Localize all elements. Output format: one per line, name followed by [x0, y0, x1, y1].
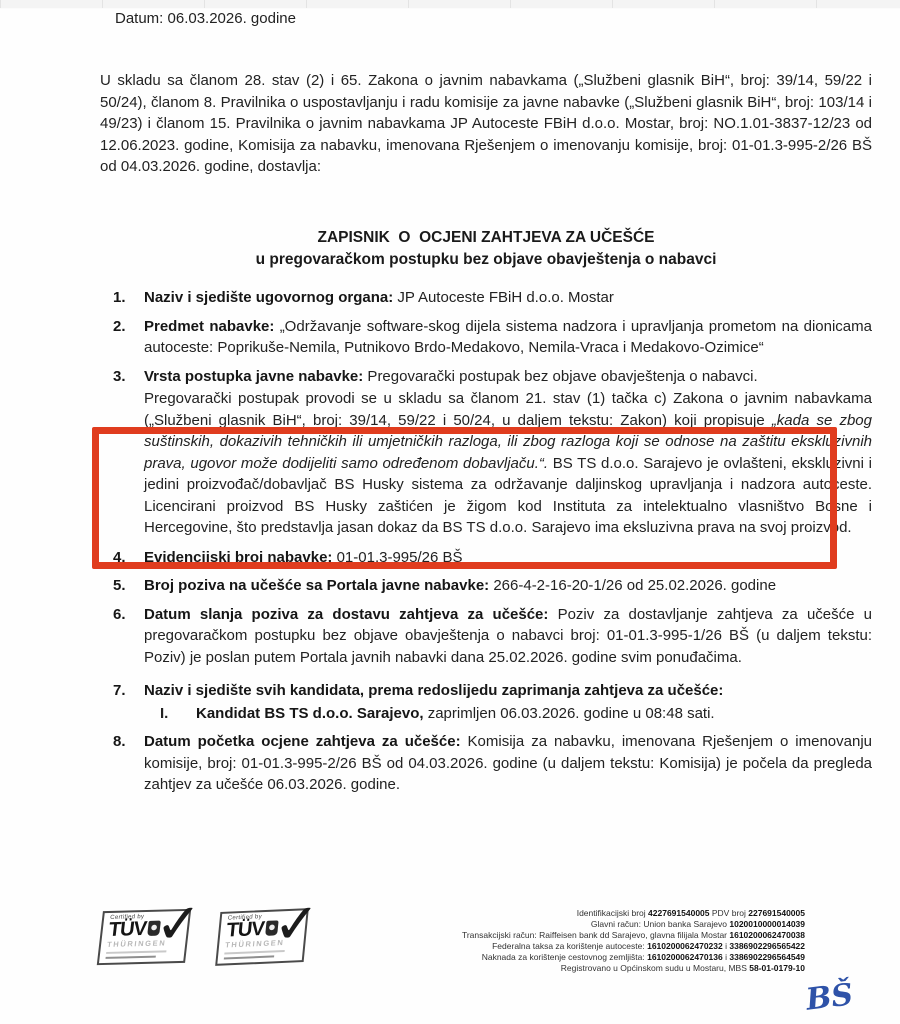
footer-line: Naknada za korištenje cestovnog zemljišt…: [335, 952, 805, 963]
document-title: ZAPISNIK O OCJENI ZAHTJEVA ZA UČEŠĆE u p…: [100, 227, 872, 271]
footer-line: Glavni račun: Union banka Sarajevo 10200…: [335, 919, 805, 930]
tuv-thueringen-badge: Certified by TÜV THÜRINGEN ✓: [216, 906, 318, 972]
list-item-5: 5. Broj poziva na učešće sa Portala javn…: [100, 575, 872, 597]
item-number: 5.: [100, 575, 144, 597]
item-text: 266-4-2-16-20-1/26 od 25.02.2026. godine: [489, 577, 776, 594]
item-text: Pregovarački postupak bez objave obavješ…: [363, 368, 757, 385]
checkmark-icon: ✓: [273, 897, 320, 953]
certification-logos: Certified by TÜV THÜRINGEN ✓ Certified b…: [98, 906, 318, 972]
candidate-subitem: I. Kandidat BS TS d.o.o. Sarajevo, zapri…: [144, 703, 872, 725]
item-number: 8.: [100, 731, 144, 796]
checkmark-icon: ✓: [155, 897, 202, 953]
intro-paragraph: U skladu sa članom 28. stav (2) i 65. Za…: [100, 70, 872, 178]
item-number: 1.: [100, 287, 144, 309]
illegible-url-line: [224, 955, 275, 960]
handwritten-initials-signature: BŠ: [804, 977, 855, 1017]
item-label: Broj poziva na učešće sa Portala javne n…: [144, 577, 489, 594]
tuv-thueringen-badge: Certified by TÜV THÜRINGEN ✓: [98, 906, 200, 972]
list-item-8: 8. Datum početka ocjene zahtjeva za učeš…: [100, 731, 872, 796]
tuv-logo-text: TÜV: [226, 920, 265, 940]
footer-line: Identifikacijski broj 4227691540005 PDV …: [335, 908, 805, 919]
list-item-7: 7. Naziv i sjedište svih kandidata, prem…: [100, 680, 872, 724]
item-number: 7.: [100, 680, 144, 724]
footer-line: Federalna taksa za korištenje autoceste:…: [335, 941, 805, 952]
item-label: Naziv i sjedište ugovornog organa:: [144, 289, 393, 306]
item-3-paragraph: Pregovarački postupak provodi se u sklad…: [144, 388, 872, 539]
list-item-4: 4. Evidencijski broj nabavke: 01-01.3-99…: [100, 547, 872, 569]
item-number: 4.: [100, 547, 144, 569]
item-label: Datum slanja poziva za dostavu zahtjeva …: [144, 606, 548, 623]
list-item-3: 3. Vrsta postupka javne nabavke: Pregova…: [100, 366, 872, 539]
title-line-2: u pregovaračkom postupku bez objave obav…: [100, 249, 872, 271]
item-label: Vrsta postupka javne nabavke:: [144, 368, 363, 385]
item-number: 3.: [100, 366, 144, 539]
title-line-1: ZAPISNIK O OCJENI ZAHTJEVA ZA UČEŠĆE: [100, 227, 872, 249]
footer-line: Transakcijski račun: Raiffeisen bank dd …: [335, 930, 805, 941]
candidate-name: Kandidat BS TS d.o.o. Sarajevo,: [196, 705, 424, 722]
candidate-text: zaprimljen 06.03.2026. godine u 08:48 sa…: [424, 705, 715, 722]
item-label: Naziv i sjedište svih kandidata, prema r…: [144, 682, 723, 699]
item-label: Evidencijski broj nabavke:: [144, 549, 332, 566]
item-text: 01-01.3-995/26 BŠ: [332, 549, 462, 566]
footer-line: Registrovano u Općinskom sudu u Mostaru,…: [335, 963, 805, 974]
numbered-list: 1. Naziv i sjedište ugovornog organa: JP…: [100, 287, 872, 803]
paragraph-text: Pregovarački postupak provodi se u sklad…: [144, 390, 872, 429]
item-number: 6.: [100, 604, 144, 669]
list-item-6: 6. Datum slanja poziva za dostavu zahtje…: [100, 604, 872, 669]
document-date: Datum: 06.03.2026. godine: [115, 10, 296, 27]
item-number: 2.: [100, 316, 144, 359]
subitem-number: I.: [144, 703, 196, 725]
tuv-logo-text: TÜV: [108, 920, 147, 939]
item-label: Predmet nabavke:: [144, 318, 274, 335]
list-item-2: 2. Predmet nabavke: „Održavanje software…: [100, 316, 872, 359]
item-label: Datum početka ocjene zahtjeva za učešće:: [144, 733, 461, 750]
scanned-document-page: Datum: 06.03.2026. godine U skladu sa čl…: [0, 0, 900, 1024]
list-item-1: 1. Naziv i sjedište ugovornog organa: JP…: [100, 287, 872, 309]
illegible-url-line: [105, 955, 156, 959]
item-text: JP Autoceste FBiH d.o.o. Mostar: [393, 289, 614, 306]
company-finance-footer: Identifikacijski broj 4227691540005 PDV …: [335, 908, 805, 974]
cropped-spreadsheet-row: [0, 0, 900, 9]
